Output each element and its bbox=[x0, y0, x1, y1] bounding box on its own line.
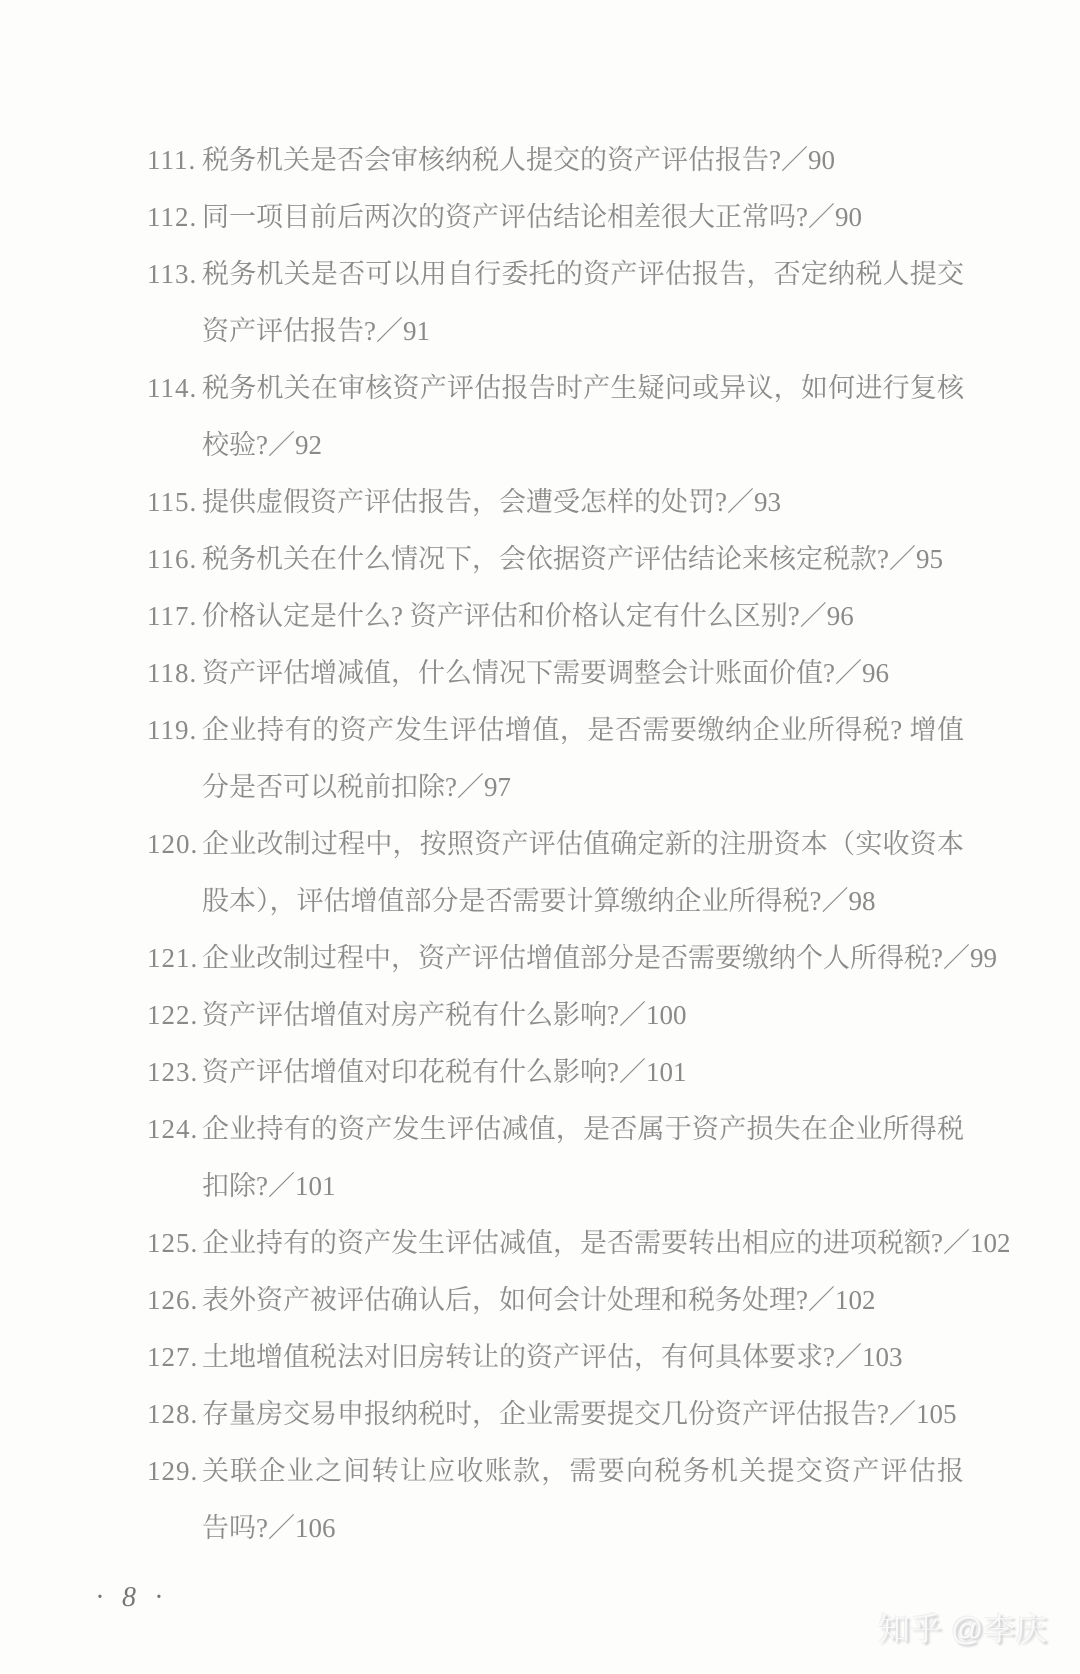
toc-line: 125.企业持有的资产发生评估减值，是否需要转出相应的进项税额?／102 bbox=[147, 1215, 1010, 1272]
toc-entry-text: 税务机关在审核资产评估报告时产生疑问或异议，如何进行复核和 bbox=[202, 360, 964, 417]
toc-line: 114.税务机关在审核资产评估报告时产生疑问或异议，如何进行复核和 bbox=[147, 360, 1010, 417]
toc-entry-text: 扣除?／101 bbox=[202, 1158, 335, 1215]
toc-entry-text: 税务机关是否会审核纳税人提交的资产评估报告?／90 bbox=[202, 132, 835, 189]
toc-line: 124.企业持有的资产发生评估减值，是否属于资产损失在企业所得税前 bbox=[147, 1101, 1010, 1158]
toc-line: 116.税务机关在什么情况下，会依据资产评估结论来核定税款?／95 bbox=[147, 531, 1010, 588]
toc-entry-number: 122. bbox=[147, 987, 202, 1044]
toc-entry-number: 119. bbox=[147, 702, 202, 759]
toc-entry-text: 土地增值税法对旧房转让的资产评估，有何具体要求?／103 bbox=[202, 1329, 902, 1386]
toc-line: 112.同一项目前后两次的资产评估结论相差很大正常吗?／90 bbox=[147, 189, 1010, 246]
toc-entry-text: 股本），评估增值部分是否需要计算缴纳企业所得税?／98 bbox=[202, 873, 875, 930]
toc-entry-text: 企业持有的资产发生评估减值，是否需要转出相应的进项税额?／102 bbox=[202, 1215, 1010, 1272]
toc-entry-number: 127. bbox=[147, 1329, 202, 1386]
toc-line: 120.企业改制过程中，按照资产评估值确定新的注册资本（实收资本或 bbox=[147, 816, 1010, 873]
toc-entry-text: 企业改制过程中，按照资产评估值确定新的注册资本（实收资本或 bbox=[202, 816, 964, 873]
scanned-page: 111.税务机关是否会审核纳税人提交的资产评估报告?／90112.同一项目前后两… bbox=[0, 0, 1080, 1674]
toc-line: 126.表外资产被评估确认后，如何会计处理和税务处理?／102 bbox=[147, 1272, 1010, 1329]
toc-entry-number: 129. bbox=[147, 1443, 202, 1500]
toc-entry-number: 128. bbox=[147, 1386, 202, 1443]
toc-line: 119.企业持有的资产发生评估增值，是否需要缴纳企业所得税? 增值部 bbox=[147, 702, 1010, 759]
toc-line: 资产评估报告?／91 bbox=[147, 303, 1010, 360]
toc-entry-text: 资产评估增值对房产税有什么影响?／100 bbox=[202, 987, 686, 1044]
toc-entry-text: 分是否可以税前扣除?／97 bbox=[202, 759, 511, 816]
toc-line: 129.关联企业之间转让应收账款，需要向税务机关提交资产评估报 bbox=[147, 1443, 1010, 1500]
toc-entry-text: 关联企业之间转让应收账款，需要向税务机关提交资产评估报 bbox=[202, 1443, 964, 1500]
toc-entry-text: 资产评估增值对印花税有什么影响?／101 bbox=[202, 1044, 686, 1101]
toc-entry-text: 提供虚假资产评估报告，会遭受怎样的处罚?／93 bbox=[202, 474, 781, 531]
toc-entry-text: 价格认定是什么? 资产评估和价格认定有什么区别?／96 bbox=[202, 588, 854, 645]
toc-line: 校验?／92 bbox=[147, 417, 1010, 474]
toc-entry-number: 111. bbox=[147, 132, 202, 189]
toc-line: 128.存量房交易申报纳税时，企业需要提交几份资产评估报告?／105 bbox=[147, 1386, 1010, 1443]
toc-entry-number: 123. bbox=[147, 1044, 202, 1101]
toc-entry-number: 121. bbox=[147, 930, 202, 987]
toc-entry-text: 企业持有的资产发生评估减值，是否属于资产损失在企业所得税前 bbox=[202, 1101, 964, 1158]
toc-entry-text: 税务机关是否可以用自行委托的资产评估报告，否定纳税人提交的 bbox=[202, 246, 964, 303]
toc-line: 113.税务机关是否可以用自行委托的资产评估报告，否定纳税人提交的 bbox=[147, 246, 1010, 303]
toc-line: 告吗?／106 bbox=[147, 1500, 1010, 1557]
toc-entry-number: 117. bbox=[147, 588, 202, 645]
toc-entry-number: 113. bbox=[147, 246, 202, 303]
toc-line: 118.资产评估增减值，什么情况下需要调整会计账面价值?／96 bbox=[147, 645, 1010, 702]
toc-entry-text: 资产评估增减值，什么情况下需要调整会计账面价值?／96 bbox=[202, 645, 889, 702]
toc-entry-number: 124. bbox=[147, 1101, 202, 1158]
toc-line: 111.税务机关是否会审核纳税人提交的资产评估报告?／90 bbox=[147, 132, 1010, 189]
toc-entry-text: 资产评估报告?／91 bbox=[202, 303, 430, 360]
toc-line: 123.资产评估增值对印花税有什么影响?／101 bbox=[147, 1044, 1010, 1101]
toc-entry-number: 120. bbox=[147, 816, 202, 873]
watermark: 知乎 @李庆 bbox=[878, 1604, 1047, 1650]
toc-entry-text: 同一项目前后两次的资产评估结论相差很大正常吗?／90 bbox=[202, 189, 862, 246]
toc-entry-number: 126. bbox=[147, 1272, 202, 1329]
page-number: · 8 · bbox=[96, 1582, 168, 1614]
toc-line: 127.土地增值税法对旧房转让的资产评估，有何具体要求?／103 bbox=[147, 1329, 1010, 1386]
toc-entry-number: 118. bbox=[147, 645, 202, 702]
toc-line: 122.资产评估增值对房产税有什么影响?／100 bbox=[147, 987, 1010, 1044]
toc-entry-text: 税务机关在什么情况下，会依据资产评估结论来核定税款?／95 bbox=[202, 531, 943, 588]
toc-entry-text: 表外资产被评估确认后，如何会计处理和税务处理?／102 bbox=[202, 1272, 875, 1329]
toc-line: 115.提供虚假资产评估报告，会遭受怎样的处罚?／93 bbox=[147, 474, 1010, 531]
toc-line: 121.企业改制过程中，资产评估增值部分是否需要缴纳个人所得税?／99 bbox=[147, 930, 1010, 987]
toc-entry-number: 114. bbox=[147, 360, 202, 417]
toc-entry-number: 115. bbox=[147, 474, 202, 531]
toc-line: 分是否可以税前扣除?／97 bbox=[147, 759, 1010, 816]
toc-line: 扣除?／101 bbox=[147, 1158, 1010, 1215]
toc-entry-text: 存量房交易申报纳税时，企业需要提交几份资产评估报告?／105 bbox=[202, 1386, 956, 1443]
toc-entry-text: 告吗?／106 bbox=[202, 1500, 335, 1557]
toc-line: 股本），评估增值部分是否需要计算缴纳企业所得税?／98 bbox=[147, 873, 1010, 930]
toc-entry-text: 企业改制过程中，资产评估增值部分是否需要缴纳个人所得税?／99 bbox=[202, 930, 997, 987]
toc-entry-text: 企业持有的资产发生评估增值，是否需要缴纳企业所得税? 增值部 bbox=[202, 702, 964, 759]
toc-entry-number: 116. bbox=[147, 531, 202, 588]
toc-entry-text: 校验?／92 bbox=[202, 417, 322, 474]
toc-entry-number: 125. bbox=[147, 1215, 202, 1272]
toc-entry-number: 112. bbox=[147, 189, 202, 246]
table-of-contents: 111.税务机关是否会审核纳税人提交的资产评估报告?／90112.同一项目前后两… bbox=[147, 132, 1010, 1557]
toc-line: 117.价格认定是什么? 资产评估和价格认定有什么区别?／96 bbox=[147, 588, 1010, 645]
